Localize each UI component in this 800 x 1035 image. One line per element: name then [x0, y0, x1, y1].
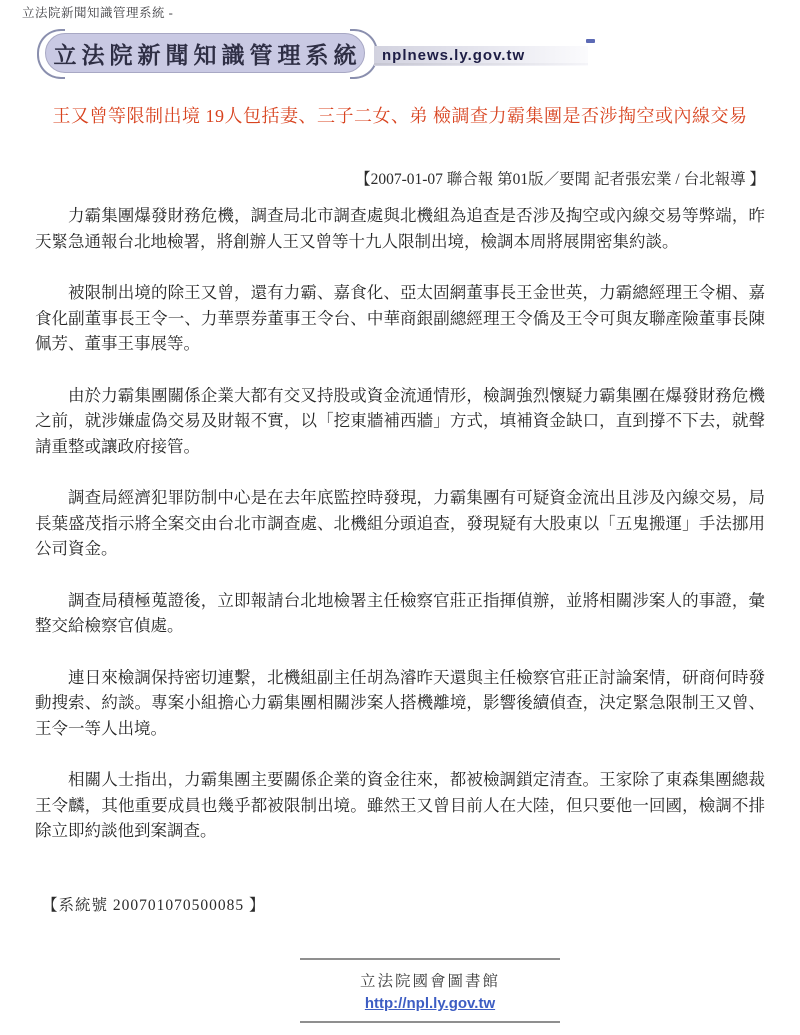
article-paragraph: 力霸集團爆發財務危機，調查局北市調查處與北機組為追查是否涉及掏空或內線交易等弊端…: [35, 203, 765, 254]
footer-library-link[interactable]: http://npl.ly.gov.tw: [365, 995, 495, 1012]
site-logo: 立法院新聞知識管理系統: [45, 33, 365, 73]
article-paragraph: 被限制出境的除王又曾，還有力霸、嘉食化、亞太固網董事長王金世英，力霸總經理王令楣…: [35, 280, 765, 357]
article-paragraph: 調查局積極蒐證後，立即報請台北地檢署主任檢察官莊正指揮偵辦，並將相關涉案人的事證…: [35, 588, 765, 639]
footer-top-divider: [300, 958, 560, 960]
url-accent-dash-icon: [586, 39, 595, 43]
article-paragraph: 調查局經濟犯罪防制中心是在去年底監控時發現，力霸集團有可疑資金流出且涉及內線交易…: [35, 485, 765, 562]
article-headline: 王又曾等限制出境 19人包括妻、三子二女、弟 檢調查力霸集團是否涉掏空或內線交易: [35, 103, 765, 129]
masthead: 立法院新聞知識管理系統 nplnews.ly.gov.tw: [0, 28, 800, 86]
article-byline: 【2007-01-07 聯合報 第01版／要聞 記者張宏業 / 台北報導 】: [35, 167, 765, 189]
article-body: 力霸集團爆發財務危機，調查局北市調查處與北機組為追查是否涉及掏空或內線交易等弊端…: [35, 203, 765, 870]
footer-library-name: 立法院國會圖書館: [300, 969, 560, 991]
footer-bottom-divider: [300, 1021, 560, 1023]
system-number: 【系統號 200701070500085 】: [42, 893, 266, 915]
article-paragraph: 相關人士指出，力霸集團主要關係企業的資金往來，都被檢調鎖定清查。王家除了東森集團…: [35, 767, 765, 844]
page-footer: 立法院國會圖書館 http://npl.ly.gov.tw: [300, 958, 560, 1023]
article-paragraph: 由於力霸集團關係企業大都有交叉持股或資金流通情形，檢調強烈懷疑力霸集團在爆發財務…: [35, 383, 765, 460]
article-paragraph: 連日來檢調保持密切連繫，北機組副主任胡為濬昨天還與主任檢察官莊正討論案情，研商何…: [35, 665, 765, 742]
window-title: 立法院新聞知識管理系統 -: [22, 3, 173, 21]
url-underline-divider: [374, 63, 588, 65]
